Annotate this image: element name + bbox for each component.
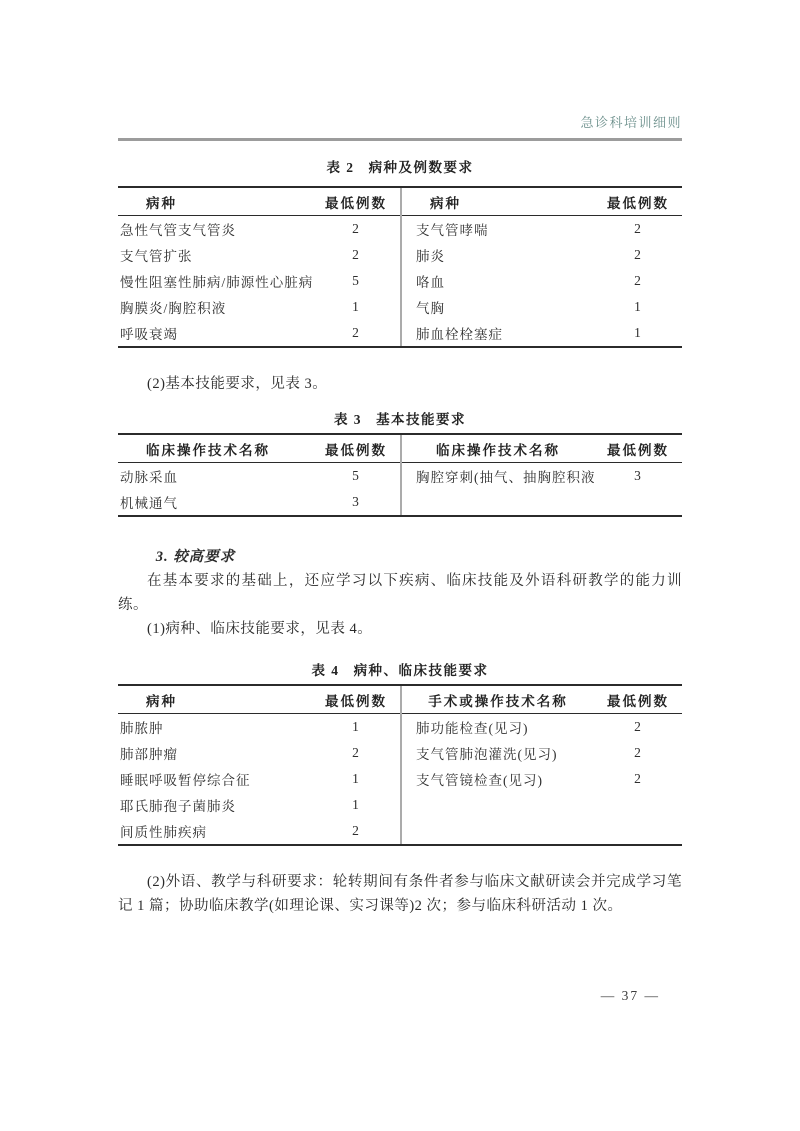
cell-disease-name: 支气管扩张 bbox=[118, 245, 312, 265]
cell-disease-name: 肺脓肿 bbox=[118, 717, 312, 737]
table-2-caption-label: 表 2 bbox=[326, 160, 354, 175]
cell-disease-name: 咯血 bbox=[402, 271, 594, 291]
table-row: 耶氏肺孢子菌肺炎 1 bbox=[118, 792, 400, 818]
table-row: 气胸 1 bbox=[402, 294, 682, 320]
column-header-technique: 临床操作技术名称 bbox=[118, 439, 312, 459]
paragraph-disease-skill: (1)病种、临床技能要求，见表 4。 bbox=[118, 617, 682, 641]
cell-disease-name: 肺血栓栓塞症 bbox=[402, 323, 594, 343]
cell-min-cases: 3 bbox=[312, 494, 400, 510]
column-header-min-cases: 最低例数 bbox=[312, 439, 400, 459]
cell-min-cases: 2 bbox=[312, 823, 400, 839]
table-row: 间质性肺疾病 2 bbox=[118, 818, 400, 844]
table-2-right-half: 病种 最低例数 支气管哮喘 2 肺炎 2 咯血 2 气胸 1 肺血栓栓塞症 1 bbox=[400, 188, 682, 346]
cell-operation-name: 支气管镜检查(见习) bbox=[402, 769, 594, 789]
cell-operation-name: 肺功能检查(见习) bbox=[402, 717, 594, 737]
column-header-min-cases: 最低例数 bbox=[594, 439, 682, 459]
cell-disease-name: 支气管哮喘 bbox=[402, 219, 594, 239]
cell-disease-name: 慢性阻塞性肺病/肺源性心脏病 bbox=[118, 271, 312, 291]
table-row: 呼吸衰竭 2 bbox=[118, 320, 400, 346]
cell-disease-name: 肺部肿瘤 bbox=[118, 743, 312, 763]
paragraph-higher-body: 在基本要求的基础上，还应学习以下疾病、临床技能及外语科研教学的能力训练。 bbox=[118, 569, 682, 617]
column-header-min-cases: 最低例数 bbox=[594, 690, 682, 710]
column-header-disease: 病种 bbox=[118, 192, 312, 212]
cell-technique-name: 胸腔穿刺(抽气、抽胸腔积液) bbox=[402, 466, 594, 486]
table-4: 病种 最低例数 肺脓肿 1 肺部肿瘤 2 睡眠呼吸暂停综合征 1 耶氏肺孢子菌肺… bbox=[118, 684, 682, 846]
cell-min-cases: 2 bbox=[594, 247, 682, 263]
heading-higher-requirements: 3. 较高要求 bbox=[118, 545, 682, 569]
table-row: 肺血栓栓塞症 1 bbox=[402, 320, 682, 346]
table-3-left-header-row: 临床操作技术名称 最低例数 bbox=[118, 435, 400, 463]
column-header-min-cases: 最低例数 bbox=[312, 192, 400, 212]
table-row: 急性气管支气管炎 2 bbox=[118, 216, 400, 242]
column-header-disease: 病种 bbox=[402, 192, 594, 212]
cell-disease-name: 气胸 bbox=[402, 297, 594, 317]
table-row: 胸膜炎/胸腔积液 1 bbox=[118, 294, 400, 320]
table-4-left-header-row: 病种 最低例数 bbox=[118, 686, 400, 714]
table-2-left-half: 病种 最低例数 急性气管支气管炎 2 支气管扩张 2 慢性阻塞性肺病/肺源性心脏… bbox=[118, 188, 400, 346]
paragraph-basic-skill: (2)基本技能要求，见表 3。 bbox=[118, 372, 682, 396]
column-header-min-cases: 最低例数 bbox=[312, 690, 400, 710]
table-3-left-half: 临床操作技术名称 最低例数 动脉采血 5 机械通气 3 bbox=[118, 435, 400, 515]
column-header-operation: 手术或操作技术名称 bbox=[402, 690, 594, 710]
cell-min-cases: 2 bbox=[594, 719, 682, 735]
running-header: 急诊科培训细则 bbox=[118, 112, 682, 131]
cell-min-cases: 1 bbox=[594, 325, 682, 341]
cell-min-cases: 1 bbox=[312, 299, 400, 315]
table-row: 肺功能检查(见习) 2 bbox=[402, 714, 682, 740]
table-row: 慢性阻塞性肺病/肺源性心脏病 5 bbox=[118, 268, 400, 294]
cell-technique-name: 机械通气 bbox=[118, 492, 312, 512]
cell-disease-name: 胸膜炎/胸腔积液 bbox=[118, 297, 312, 317]
table-2-caption-title: 病种及例数要求 bbox=[369, 160, 474, 175]
table-3-right-half: 临床操作技术名称 最低例数 胸腔穿刺(抽气、抽胸腔积液) 3 bbox=[400, 435, 682, 515]
cell-disease-name: 肺炎 bbox=[402, 245, 594, 265]
table-row: 胸腔穿刺(抽气、抽胸腔积液) 3 bbox=[402, 463, 682, 489]
document-page: 急诊科培训细则 表 2病种及例数要求 病种 最低例数 急性气管支气管炎 2 支气… bbox=[0, 0, 800, 1131]
column-header-technique: 临床操作技术名称 bbox=[402, 439, 594, 459]
cell-disease-name: 呼吸衰竭 bbox=[118, 323, 312, 343]
table-4-caption-label: 表 4 bbox=[311, 663, 339, 678]
table-4-left-half: 病种 最低例数 肺脓肿 1 肺部肿瘤 2 睡眠呼吸暂停综合征 1 耶氏肺孢子菌肺… bbox=[118, 686, 400, 844]
table-3: 临床操作技术名称 最低例数 动脉采血 5 机械通气 3 临床操作技术名称 最低例… bbox=[118, 433, 682, 517]
table-row: 肺部肿瘤 2 bbox=[118, 740, 400, 766]
cell-min-cases: 2 bbox=[594, 273, 682, 289]
cell-technique-name: 动脉采血 bbox=[118, 466, 312, 486]
table-4-right-header-row: 手术或操作技术名称 最低例数 bbox=[402, 686, 682, 714]
cell-min-cases: 2 bbox=[312, 745, 400, 761]
table-row: 肺脓肿 1 bbox=[118, 714, 400, 740]
table-row: 机械通气 3 bbox=[118, 489, 400, 515]
cell-min-cases: 2 bbox=[312, 221, 400, 237]
cell-min-cases: 2 bbox=[594, 221, 682, 237]
table-row: 支气管肺泡灌洗(见习) 2 bbox=[402, 740, 682, 766]
table-2-left-header-row: 病种 最低例数 bbox=[118, 188, 400, 216]
column-header-min-cases: 最低例数 bbox=[594, 192, 682, 212]
table-row: 支气管扩张 2 bbox=[118, 242, 400, 268]
cell-operation-name: 支气管肺泡灌洗(见习) bbox=[402, 743, 594, 763]
table-2-right-header-row: 病种 最低例数 bbox=[402, 188, 682, 216]
cell-disease-name: 耶氏肺孢子菌肺炎 bbox=[118, 795, 312, 815]
table-2-caption: 表 2病种及例数要求 bbox=[118, 156, 682, 176]
cell-min-cases: 2 bbox=[312, 247, 400, 263]
cell-min-cases: 1 bbox=[312, 719, 400, 735]
cell-disease-name: 间质性肺疾病 bbox=[118, 821, 312, 841]
table-row: 支气管哮喘 2 bbox=[402, 216, 682, 242]
cell-disease-name: 睡眠呼吸暂停综合征 bbox=[118, 769, 312, 789]
table-2: 病种 最低例数 急性气管支气管炎 2 支气管扩张 2 慢性阻塞性肺病/肺源性心脏… bbox=[118, 186, 682, 348]
table-row: 肺炎 2 bbox=[402, 242, 682, 268]
header-rule bbox=[118, 138, 682, 141]
cell-min-cases: 1 bbox=[312, 771, 400, 787]
page-number: — 37 — bbox=[118, 988, 682, 1004]
column-header-disease: 病种 bbox=[118, 690, 312, 710]
cell-min-cases: 1 bbox=[594, 299, 682, 315]
table-row: 咯血 2 bbox=[402, 268, 682, 294]
table-4-caption-title: 病种、临床技能要求 bbox=[354, 663, 489, 678]
cell-min-cases: 3 bbox=[594, 468, 682, 484]
cell-min-cases: 5 bbox=[312, 273, 400, 289]
cell-min-cases: 5 bbox=[312, 468, 400, 484]
cell-min-cases: 2 bbox=[594, 771, 682, 787]
table-row: 支气管镜检查(见习) 2 bbox=[402, 766, 682, 792]
cell-min-cases: 2 bbox=[312, 325, 400, 341]
table-4-caption: 表 4病种、临床技能要求 bbox=[118, 659, 682, 679]
paragraph-foreign-teaching: (2)外语、教学与科研要求：轮转期间有条件者参与临床文献研读会并完成学习笔记 1… bbox=[118, 870, 682, 918]
cell-disease-name: 急性气管支气管炎 bbox=[118, 219, 312, 239]
table-3-caption-label: 表 3 bbox=[334, 412, 362, 427]
table-row: 动脉采血 5 bbox=[118, 463, 400, 489]
table-3-right-header-row: 临床操作技术名称 最低例数 bbox=[402, 435, 682, 463]
table-3-caption-title: 基本技能要求 bbox=[376, 412, 466, 427]
cell-min-cases: 1 bbox=[312, 797, 400, 813]
table-3-caption: 表 3基本技能要求 bbox=[118, 408, 682, 428]
table-row: 睡眠呼吸暂停综合征 1 bbox=[118, 766, 400, 792]
cell-min-cases: 2 bbox=[594, 745, 682, 761]
table-4-right-half: 手术或操作技术名称 最低例数 肺功能检查(见习) 2 支气管肺泡灌洗(见习) 2… bbox=[400, 686, 682, 844]
